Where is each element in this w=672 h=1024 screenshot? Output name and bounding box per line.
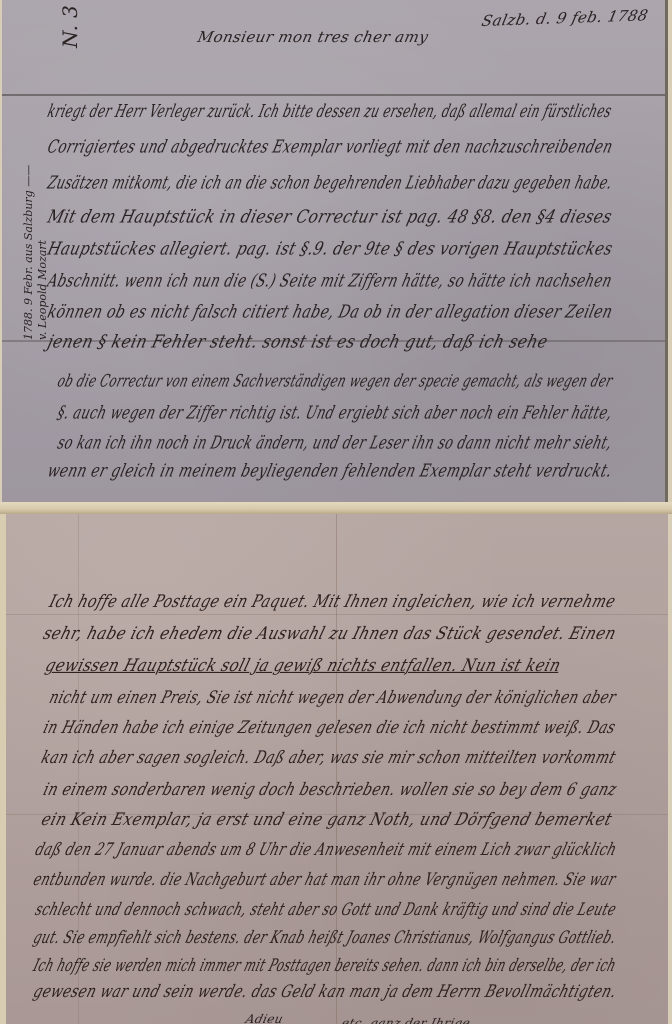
manuscript-line: in Händen habe ich einige Zeitungen gele… bbox=[41, 717, 618, 738]
fold-line bbox=[2, 94, 665, 96]
signoff-adieu: Adieu bbox=[244, 1012, 285, 1024]
top-manuscript-sheet: N. 3 Monsieur mon tres cher amy Salzb. d… bbox=[2, 0, 668, 502]
manuscript-line: Ich hoffe alle Posttage ein Paquet. Mit … bbox=[47, 591, 618, 612]
manuscript-line: gewesen war und sein werde. das Geld kan… bbox=[31, 981, 619, 1002]
manuscript-line: jenen § kein Fehler steht. sonst ist es … bbox=[45, 332, 550, 353]
manuscript-line: daß den 27 Januar abends um 8 Uhr die An… bbox=[33, 839, 619, 860]
mount-divider bbox=[0, 502, 672, 514]
signoff-closing: etc. ganz der Ihrige bbox=[340, 1016, 472, 1024]
manuscript-line: Zusätzen mitkomt, die ich an die schon b… bbox=[45, 173, 614, 194]
manuscript-line: ob die Correctur von einem Sachverständi… bbox=[55, 371, 614, 392]
dateline: Salzb. d. 9 feb. 1788 bbox=[480, 6, 650, 30]
margin-note-line: 1788. 9 Febr. aus Salzburg —— bbox=[22, 165, 36, 340]
bottom-manuscript-sheet: Ich hoffe alle Posttage ein Paquet. Mit … bbox=[6, 514, 668, 1024]
paper-crease bbox=[6, 614, 668, 615]
letter-number-mark: N. 3 bbox=[58, 5, 82, 48]
manuscript-line: §. auch wegen der Ziffer richtig ist. Un… bbox=[55, 403, 614, 424]
manuscript-line: schlecht und dennoch schwach, steht aber… bbox=[33, 899, 619, 920]
manuscript-line: ein Kein Exemplar, ja erst und eine ganz… bbox=[39, 809, 615, 830]
manuscript-line: Mit dem Hauptstück in dieser Correctur i… bbox=[45, 207, 614, 228]
addressee-heading: Monsieur mon tres cher amy bbox=[196, 28, 430, 46]
manuscript-line: in einem sonderbaren wenig doch beschrie… bbox=[41, 779, 619, 800]
manuscript-line: sehr, habe ich ehedem die Auswahl zu Ihn… bbox=[41, 623, 619, 644]
manuscript-line: entbunden wurde. die Nachgeburt aber hat… bbox=[31, 869, 618, 890]
manuscript-line: kriegt der Herr Verleger zurück. Ich bit… bbox=[45, 101, 613, 122]
manuscript-line: Corrigiertes und abgedrucktes Exemplar v… bbox=[45, 137, 615, 158]
manuscript-line: gewissen Hauptstück soll ja gewiß nichts… bbox=[43, 655, 563, 676]
manuscript-line: wenn er gleich in meinem beyliegenden fe… bbox=[45, 461, 614, 482]
manuscript-line: können ob es nicht falsch citiert habe, … bbox=[45, 302, 615, 323]
manuscript-line: so kan ich ihn noch in Druck ändern, und… bbox=[55, 433, 614, 454]
manuscript-line: kan ich aber sagen sogleich. Daß aber, w… bbox=[39, 747, 618, 768]
manuscript-line: nicht um einen Preis, Sie ist nicht wege… bbox=[47, 687, 619, 708]
manuscript-line: gut. Sie empfiehlt sich bestens. der Kna… bbox=[31, 927, 619, 948]
manuscript-line: Ich hoffe sie werden mich immer mit Post… bbox=[31, 955, 619, 976]
manuscript-line: Abschnitt. wenn ich nun die (S.) Seite m… bbox=[45, 271, 614, 292]
manuscript-line: Hauptstückes allegiert. pag. ist §.9. de… bbox=[45, 239, 615, 260]
